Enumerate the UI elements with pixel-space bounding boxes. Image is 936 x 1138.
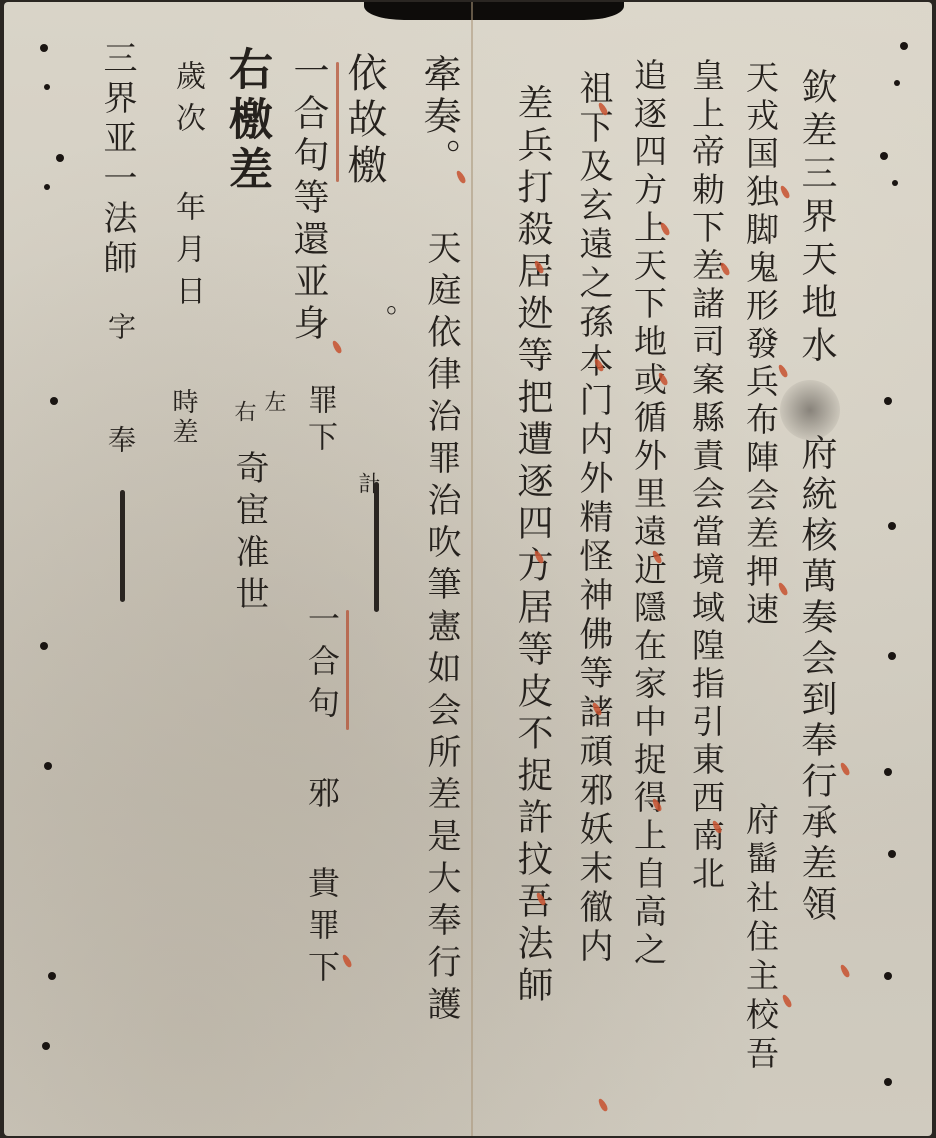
binding-hole (880, 152, 888, 160)
vermilion-dot (839, 963, 851, 978)
text-column: 祖下及玄遠之孫本门内外精怪神佛等諸頑邪妖末徹内 (576, 70, 610, 967)
vermilion-dot (597, 1097, 609, 1112)
text-column: 一合句 邪 貴罪下 (306, 602, 338, 992)
text-column: 府統核萬奏会到奉行承差領 (798, 434, 834, 926)
vermilion-dot (331, 339, 343, 354)
vermilion-dot (455, 169, 467, 184)
binding-hole (40, 44, 48, 52)
binding-hole (888, 652, 896, 660)
binding-hole (44, 84, 50, 90)
text-column: 右 (232, 400, 254, 426)
signature-stroke (374, 482, 379, 612)
text-column: 時差 (170, 388, 196, 448)
binding-hole (892, 180, 898, 186)
text-column: 牽奏。 (420, 54, 458, 180)
binding-hole (888, 850, 896, 858)
binding-hole (50, 397, 58, 405)
binding-hole (42, 1042, 50, 1050)
fold-line (471, 2, 473, 1136)
text-column: 皇上帝勅下差諸司案縣責会當境域隍指引東西南北 (690, 58, 723, 894)
signature-stroke (120, 490, 125, 602)
text-column: 一合句等還亚身 (290, 52, 326, 346)
binding-hole (884, 1078, 892, 1086)
text-column: 三界亚一法師 (100, 40, 134, 280)
vermilion-dot (779, 184, 791, 199)
text-column: 。 (364, 304, 394, 341)
binding-hole (44, 762, 52, 770)
binding-hole (884, 397, 892, 405)
binding-hole (884, 972, 892, 980)
vermilion-mark (346, 610, 349, 730)
binding-hole (56, 154, 64, 162)
binding-hole (900, 42, 908, 50)
text-column: 左 (262, 390, 284, 416)
text-column: 府髷社住主校吾 (744, 802, 777, 1075)
text-column: 歲次 年月日 (172, 60, 202, 317)
text-column: 罪下 (304, 384, 334, 458)
text-column: 右檄差 (224, 46, 268, 196)
binding-hole (884, 768, 892, 776)
vermilion-mark (336, 62, 339, 182)
vermilion-dot (341, 953, 353, 968)
manuscript-page: 欽差三界天地水 府統核萬奏会到奉行承差領 天戎国独脚鬼形發兵布陣会差押速 府髷社… (4, 2, 932, 1136)
binding-hole (48, 972, 56, 980)
text-column: 字 奉 (106, 312, 134, 479)
binding-hole (44, 184, 50, 190)
text-column: 奇宦准世 (232, 450, 266, 618)
binding-hole (894, 80, 900, 86)
binding-hole (40, 642, 48, 650)
binding-hole (888, 522, 896, 530)
text-column: 天庭依律治罪治吹筆憲如会所差是大奉行護 (424, 230, 458, 1028)
text-column: 天戎国独脚鬼形發兵布陣会差押速 (744, 60, 777, 630)
text-column: 追逐四方上天下地或循外里遠近隱在家中捉得上自高之 (632, 58, 665, 970)
vermilion-dot (839, 761, 851, 776)
text-column: 欽差三界天地水 (798, 68, 834, 369)
torn-edge (364, 2, 624, 20)
vermilion-dot (781, 993, 793, 1008)
text-column: 依故檄 (344, 52, 384, 190)
ink-smudge (780, 380, 840, 440)
text-column: 差兵打殺居迯等把遭逐四方居等皮不捉許抆吾法師 (514, 84, 550, 1008)
